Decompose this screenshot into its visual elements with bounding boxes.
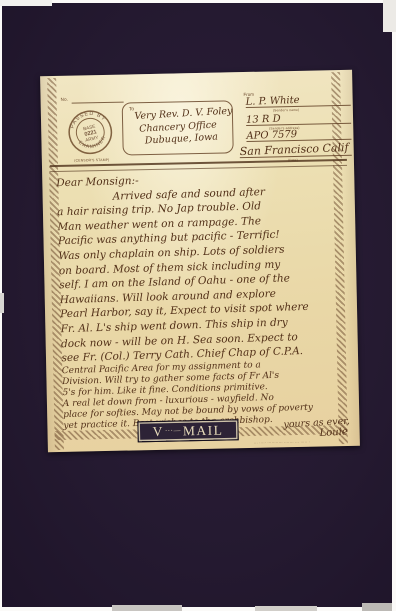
vmail-letter-form: No. PASSED BY EXAMINER BASE 0221 ARMY (C… — [40, 70, 360, 452]
vmail-badge: V ···— MAIL — [137, 419, 238, 442]
sender-address-value: 13 R D — [246, 111, 351, 126]
scan-artifact — [362, 603, 392, 611]
no-label: No. — [61, 97, 69, 102]
sender-address-field: 13 R D — [246, 112, 351, 126]
letter-signature: Louie — [319, 426, 348, 439]
sender-name-field: L. P. White — [246, 94, 351, 108]
letter-body: Dear Monsign:-Arrived safe and sound aft… — [56, 168, 355, 432]
vmail-badge-mail: MAIL — [183, 422, 224, 439]
form-microprint: ··· ····· ··········· ······· ··· ····· … — [254, 439, 342, 445]
vmail-badge-v: V — [153, 423, 165, 439]
scan-artifact — [0, 293, 4, 313]
sender-apo-field: APO 7579 — [246, 128, 351, 142]
scan-artifact — [383, 0, 396, 32]
sender-name-caption: (Sender's name) — [273, 108, 300, 113]
scan-artifact — [0, 0, 52, 6]
censor-stamp-caption: (CENSOR'S STAMP) — [64, 158, 120, 163]
sender-apo-value: APO 7579 — [246, 127, 351, 142]
censor-stamp: PASSED BY EXAMINER BASE 0221 ARMY — [63, 105, 118, 160]
to-address-box: To Very Rev. D. V. FoleyChancery OfficeD… — [122, 100, 234, 155]
scan-artifact — [255, 606, 317, 611]
sender-name-value: L. P. White — [245, 93, 350, 108]
photograph-background: No. PASSED BY EXAMINER BASE 0221 ARMY (C… — [2, 3, 392, 607]
no-field-line — [71, 94, 123, 104]
scan-artifact — [112, 605, 182, 611]
date-value: San Francisco Calif — [239, 141, 351, 158]
to-address: Very Rev. D. V. FoleyChancery OfficeDubu… — [134, 106, 234, 149]
vmail-badge-morse-icon: ···— — [165, 426, 181, 434]
date-field: San Francisco Calif — [240, 142, 352, 158]
